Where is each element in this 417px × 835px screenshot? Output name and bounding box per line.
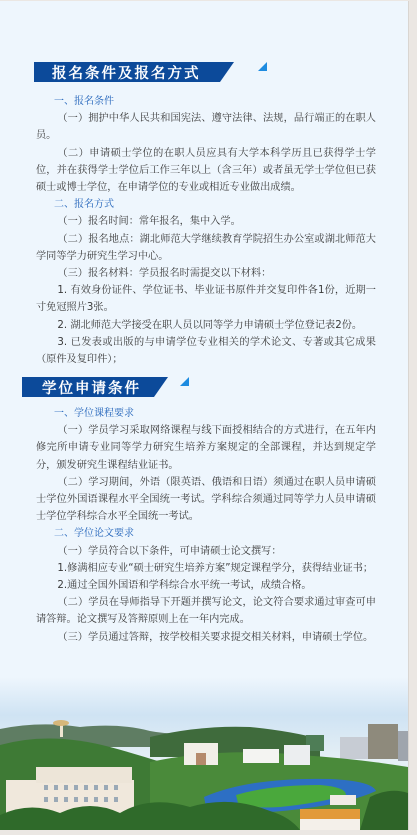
campus-illustration bbox=[0, 677, 408, 830]
paragraph: （二）申请硕士学位的在职人员应具有大学本科学历且已获得学士学位，并在获得学士学位… bbox=[36, 145, 376, 197]
section-title: 报名条件及报名方式 bbox=[52, 62, 201, 83]
campus-photo bbox=[0, 677, 408, 830]
banner-corner-accent bbox=[180, 377, 189, 386]
paragraph: （一）学员学习采取网络课程与线下面授相结合的方式进行，在五年内修完所申请专业同等… bbox=[36, 422, 376, 474]
subheading: 一、学位课程要求 bbox=[36, 405, 376, 422]
banner-bar: 报名条件及报名方式 bbox=[34, 62, 234, 82]
subheading: 二、报名方式 bbox=[36, 196, 376, 213]
paragraph: 3. 已发表或出版的与申请学位专业相关的学术论文、专著或其它成果（原件及复印件）… bbox=[36, 334, 376, 368]
subheading: 二、学位论文要求 bbox=[36, 525, 376, 542]
paragraph: 1.修满相应专业“硕士研究生培养方案”规定课程学分，获得结业证书； bbox=[36, 560, 376, 577]
section-banner-degree: 学位申请条件 bbox=[22, 377, 168, 397]
section-title: 学位申请条件 bbox=[42, 377, 141, 398]
degree-content: 一、学位课程要求 （一）学员学习采取网络课程与线下面授相结合的方式进行，在五年内… bbox=[36, 405, 376, 646]
paragraph: （三）学员通过答辩，按学校相关要求提交相关材料，申请硕士学位。 bbox=[36, 629, 376, 646]
brochure-page: 报名条件及报名方式 一、报名条件 （一）拥护中华人民共和国宪法、遵守法律、法规，… bbox=[0, 1, 409, 830]
paragraph: （二）报名地点：湖北师范大学继续教育学院招生办公室或湖北师范大学同等学力研究生学… bbox=[36, 231, 376, 265]
section-banner-registration: 报名条件及报名方式 bbox=[34, 62, 234, 82]
paragraph: 2.通过全国外国语和学科综合水平统一考试，成绩合格。 bbox=[36, 577, 376, 594]
paragraph: （一）拥护中华人民共和国宪法、遵守法律、法规，品行端正的在职人员。 bbox=[36, 110, 376, 144]
registration-content: 一、报名条件 （一）拥护中华人民共和国宪法、遵守法律、法规，品行端正的在职人员。… bbox=[36, 93, 376, 368]
banner-corner-accent bbox=[258, 62, 267, 71]
paragraph: （一）报名时间：常年报名，集中入学。 bbox=[36, 213, 376, 230]
paragraph: （二）学员在导师指导下开题并撰写论文，论文符合要求通过审查可申请答辩。论文撰写及… bbox=[36, 594, 376, 628]
banner-bar: 学位申请条件 bbox=[22, 377, 168, 397]
paragraph: （三）报名材料：学员报名时需提交以下材料： bbox=[36, 265, 376, 282]
paragraph: （二）学习期间，外语（限英语、俄语和日语）须通过在职人员申请硕士学位外国语课程水… bbox=[36, 474, 376, 526]
paragraph: 1. 有效身份证件、学位证书、毕业证书原件并交复印件各1份，近期一寸免冠照片3张… bbox=[36, 282, 376, 316]
paragraph: 2. 湖北师范大学接受在职人员以同等学力申请硕士学位登记表2份。 bbox=[36, 317, 376, 334]
subheading: 一、报名条件 bbox=[36, 93, 376, 110]
paragraph: （一）学员符合以下条件，可申请硕士论文撰写： bbox=[36, 543, 376, 560]
